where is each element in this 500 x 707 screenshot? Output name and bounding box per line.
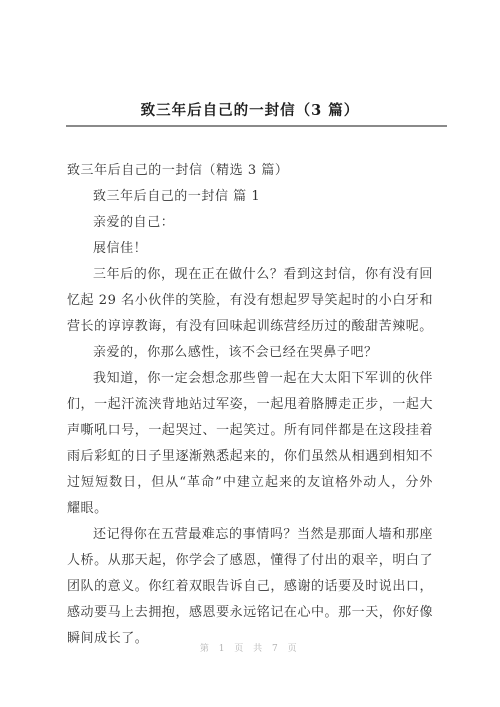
paragraph: 亲爱的自己： — [67, 210, 433, 236]
paragraph: 展信佳！ — [67, 236, 433, 262]
document-body: 致三年后自己的一封信（精选 3 篇）致三年后自己的一封信 篇 1亲爱的自己：展信… — [67, 158, 433, 652]
paragraph: 致三年后自己的一封信 篇 1 — [67, 184, 433, 210]
paragraph: 我知道，你一定会想念那些曾一起在大太阳下军训的伙伴们，一起汗流浃背地站过军姿，一… — [67, 366, 433, 522]
title-divider — [66, 125, 447, 127]
page-footer: 第 1 页 共 7 页 — [0, 641, 500, 654]
paragraph: 致三年后自己的一封信（精选 3 篇） — [67, 158, 433, 184]
paragraph: 还记得你在五营最难忘的事情吗？当然是那面人墙和那座人桥。从那天起，你学会了感恩，… — [67, 522, 433, 652]
paragraph: 三年后的你，现在正在做什么？看到这封信，你有没有回忆起 29 名小伙伴的笑脸，有… — [67, 262, 433, 340]
document-title: 致三年后自己的一封信（3 篇） — [0, 99, 500, 120]
paragraph: 亲爱的，你那么感性，该不会已经在哭鼻子吧？ — [67, 340, 433, 366]
document-page: 致三年后自己的一封信（3 篇） 致三年后自己的一封信（精选 3 篇）致三年后自己… — [0, 0, 500, 707]
